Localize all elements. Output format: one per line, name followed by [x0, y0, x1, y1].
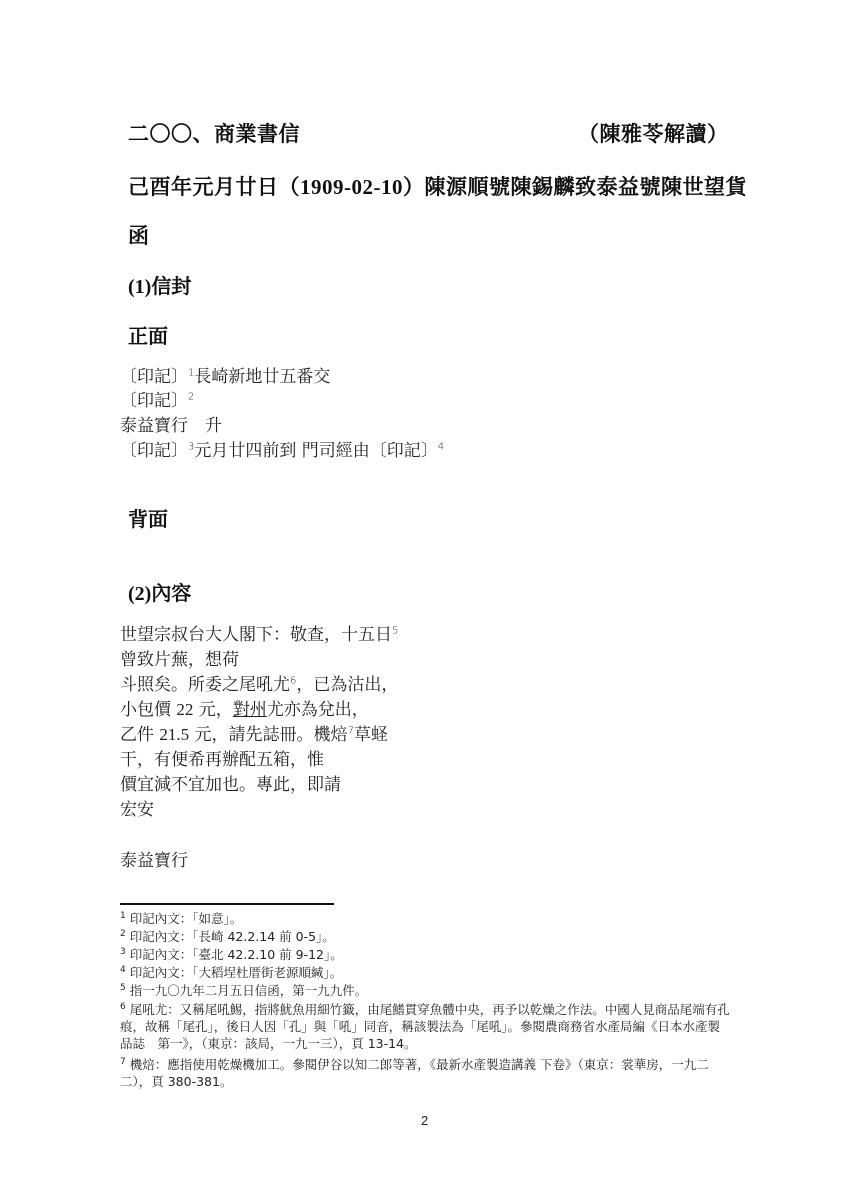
footnote: 7 機焙：應指使用乾燥機加工。參閱伊谷以知二郎等著，《最新水產製造講義 下卷》（…: [120, 1056, 730, 1090]
letter-line: 干，有便希再辦配五箱，惟: [120, 745, 324, 770]
footnote: 6 尾吼尤：又稱尾吼鯣，指將魷魚用細竹籤，由尾鰭貫穿魚體中央，再予以乾燥之作法。…: [120, 1001, 730, 1052]
envelope-line: 〔印記〕1長崎新地廿五番交: [120, 362, 330, 387]
envelope-line: 〔印記〕3元月廿四前到 門司經由〔印記〕4: [120, 436, 444, 461]
letter-line: 乙件 21.5 元，請先誌冊。機焙7草蛏: [120, 720, 388, 745]
footnote: 3 印記內文：「臺北 42.2.10 前 9-12」。: [120, 946, 343, 963]
footnote: 2 印記內文：「長崎 42.2.14 前 0-5」。: [120, 928, 335, 945]
page-number: 2: [421, 1113, 428, 1128]
document-page: 二〇〇、商業書信 （陳雅苓解讀） 己酉年元月廿日（1909-02-10）陳源順號…: [0, 0, 849, 1200]
interpreter-credit: （陳雅苓解讀）: [578, 118, 729, 148]
back-heading: 背面: [128, 503, 168, 532]
stamp-mark: 〔印記〕: [120, 367, 188, 387]
stamp-mark: 〔印記〕: [120, 441, 188, 461]
price-value: 22: [176, 700, 193, 719]
line-text: 乙件: [120, 725, 159, 745]
envelope-line: 〔印記〕2: [120, 386, 194, 411]
heading-text: 信封: [151, 274, 191, 298]
footnote-number: 3: [120, 947, 126, 957]
heading-number: (1): [128, 276, 151, 298]
line-text: 元，: [193, 700, 232, 720]
line-text: 元，請先誌冊。機焙: [189, 725, 347, 745]
footnote: 5 指一九〇九年二月五日信函，第一九九件。: [120, 982, 367, 999]
footnote-ref[interactable]: 5: [392, 625, 398, 636]
letter-line: 斗照矣。所委之尾吼尤6，已為沽出，: [120, 670, 398, 695]
letter-line: 宏安: [120, 795, 154, 820]
heading-number: (2): [128, 583, 151, 605]
footnote-text: 指一九〇九年二月五日信函，第一九九件。: [130, 983, 368, 998]
footnote-text: 印記內文：「大稻埕杜厝街老源順緘」。: [130, 965, 343, 980]
line-text: 草蛏: [354, 725, 388, 745]
signature: 泰益寶行: [120, 846, 188, 871]
footnote: 4 印記內文：「大稻埕杜厝街老源順緘」。: [120, 964, 342, 981]
letter-line: 價宜減不宜加也。專此，即請: [120, 770, 341, 795]
line-text: 世望宗叔台大人閣下：敬查，十五日: [120, 625, 392, 645]
footnote-number: 4: [120, 965, 126, 975]
letter-title-part: 己酉年元月廿日（: [128, 174, 300, 199]
footnote-ref[interactable]: 4: [438, 441, 444, 452]
footnote-text: 尾吼尤：又稱尾吼鯣，指將魷魚用細竹籤，由尾鰭貫穿魚體中央，再予以乾燥之作法。中國…: [120, 1002, 730, 1051]
letter-title: 己酉年元月廿日（1909-02-10）陳源順號陳錫麟致泰益號陳世望貨: [128, 171, 747, 201]
footnote-divider: [120, 903, 334, 905]
footnote-text: 印記內文：「臺北 42.2.10 前 9-12」。: [130, 947, 343, 962]
letter-line: 曾致片蕪，想荷: [120, 645, 239, 670]
envelope-heading: (1)信封: [128, 270, 191, 299]
envelope-line: 泰益寶行 升: [120, 411, 222, 436]
letter-title-continued: 函: [128, 220, 150, 250]
stamp-mark: 〔印記〕: [120, 391, 188, 411]
letter-title-part: ）陳源順號陳錫麟致泰益號陳世望貨: [403, 174, 747, 199]
line-text: 尤亦為兌出，: [267, 700, 369, 720]
content-heading: (2)內容: [128, 577, 191, 606]
footnote: 1 印記內文：「如意」。: [120, 910, 242, 927]
underlined-place: 對州: [233, 700, 267, 720]
price-value: 21.5: [159, 725, 189, 744]
heading-text: 內容: [151, 581, 191, 605]
footnote-number: 1: [120, 911, 126, 921]
footnote-text: 機焙：應指使用乾燥機加工。參閱伊谷以知二郎等著，《最新水產製造講義 下卷》（東京…: [120, 1057, 709, 1089]
footnote-number: 5: [120, 983, 126, 993]
postmark-text: 元月廿四前到 門司經由〔印記〕: [194, 441, 437, 461]
section-title: 二〇〇、商業書信: [128, 118, 300, 148]
footnote-number: 7: [120, 1057, 126, 1067]
footnote-text: 印記內文：「長崎 42.2.14 前 0-5」。: [130, 929, 335, 944]
line-text: 小包價: [120, 700, 176, 720]
address-text: 長崎新地廿五番交: [194, 367, 330, 387]
footnote-ref[interactable]: 2: [188, 391, 194, 402]
front-heading: 正面: [128, 320, 168, 349]
line-text: ，已為沽出，: [296, 675, 398, 695]
letter-line: 世望宗叔台大人閣下：敬查，十五日5: [120, 620, 398, 645]
footnote-text: 印記內文：「如意」。: [130, 911, 243, 926]
letter-date: 1909-02-10: [300, 175, 403, 199]
letter-line: 小包價 22 元，對州尤亦為兌出，: [120, 695, 369, 720]
footnote-number: 6: [120, 1002, 126, 1012]
line-text: 斗照矣。所委之尾吼尤: [120, 675, 290, 695]
footnote-number: 2: [120, 929, 126, 939]
